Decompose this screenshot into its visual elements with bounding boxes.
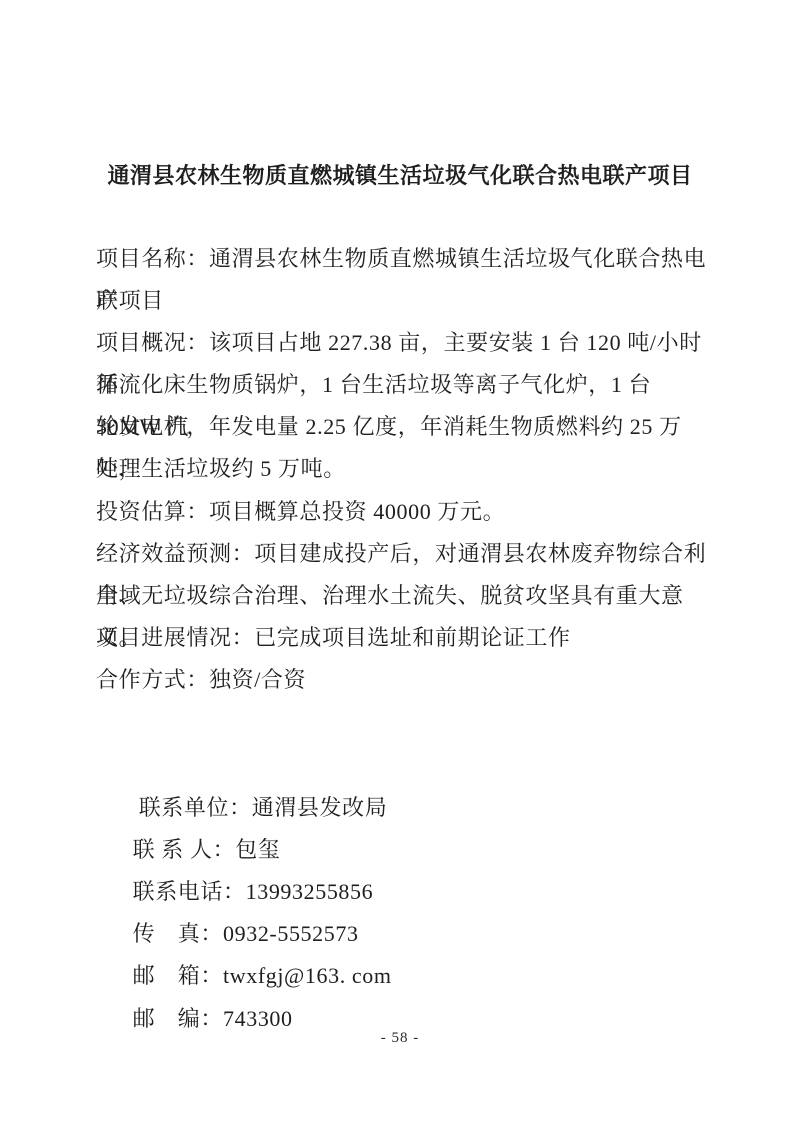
page-number: - 58 - (0, 1028, 800, 1048)
text-line: 经济效益预测：项目建成投产后，对通渭县农林废弃物综合利用、 (96, 533, 712, 575)
text-line: 环流化床生物质锅炉，1 台生活垃圾等离子气化炉，1 台 30MW 汽 (96, 364, 712, 406)
contact-label: 传 真： (133, 921, 223, 946)
contact-label: 邮 箱： (133, 963, 223, 988)
contact-label: 联 系 人： (133, 837, 236, 862)
text-line: 全域无垃圾综合治理、治理水土流失、脱贫攻坚具有重大意义。 (96, 575, 712, 617)
body-paragraphs: 项目名称：通渭县农林生物质直燃城镇生活垃圾气化联合热电联 产项目 项目概况：该项… (96, 238, 712, 701)
contact-row-unit: 联系单位：通渭县发改局 (96, 745, 712, 787)
document-title: 通渭县农林生物质直燃城镇生活垃圾气化联合热电联产项目 (0, 161, 800, 191)
contact-info: 联系单位：通渭县发改局 联 系 人：包玺 联系电话：13993255856 传 … (96, 745, 712, 998)
text-line: 项目名称：通渭县农林生物质直燃城镇生活垃圾气化联合热电联 (96, 238, 712, 280)
document-page: 通渭县农林生物质直燃城镇生活垃圾气化联合热电联产项目 项目名称：通渭县农林生物质… (0, 0, 800, 1131)
contact-value: 包玺 (235, 837, 280, 862)
text-line: 处理生活垃圾约 5 万吨。 (96, 448, 712, 490)
text-line: 轮发电机，年发电量 2.25 亿度，年消耗生物质燃料约 25 万吨， (96, 406, 712, 448)
text-line: 合作方式：独资/合资 (96, 659, 712, 701)
text-line: 投资估算：项目概算总投资 40000 万元。 (96, 491, 712, 533)
contact-label: 联系单位： (133, 795, 252, 820)
contact-value: 0932-5552573 (223, 921, 359, 946)
text-line: 项目概况：该项目占地 227.38 亩，主要安装 1 台 120 吨/小时循 (96, 322, 712, 364)
text-line: 项目进展情况：已完成项目选址和前期论证工作 (96, 617, 712, 659)
contact-value: 通渭县发改局 (252, 795, 388, 820)
contact-value: twxfgj@163. com (223, 963, 392, 988)
text-line: 产项目 (96, 280, 712, 322)
contact-value: 743300 (223, 1006, 293, 1031)
contact-value: 13993255856 (246, 879, 374, 904)
contact-label: 联系电话： (133, 879, 246, 904)
contact-label: 邮 编： (133, 1006, 223, 1031)
